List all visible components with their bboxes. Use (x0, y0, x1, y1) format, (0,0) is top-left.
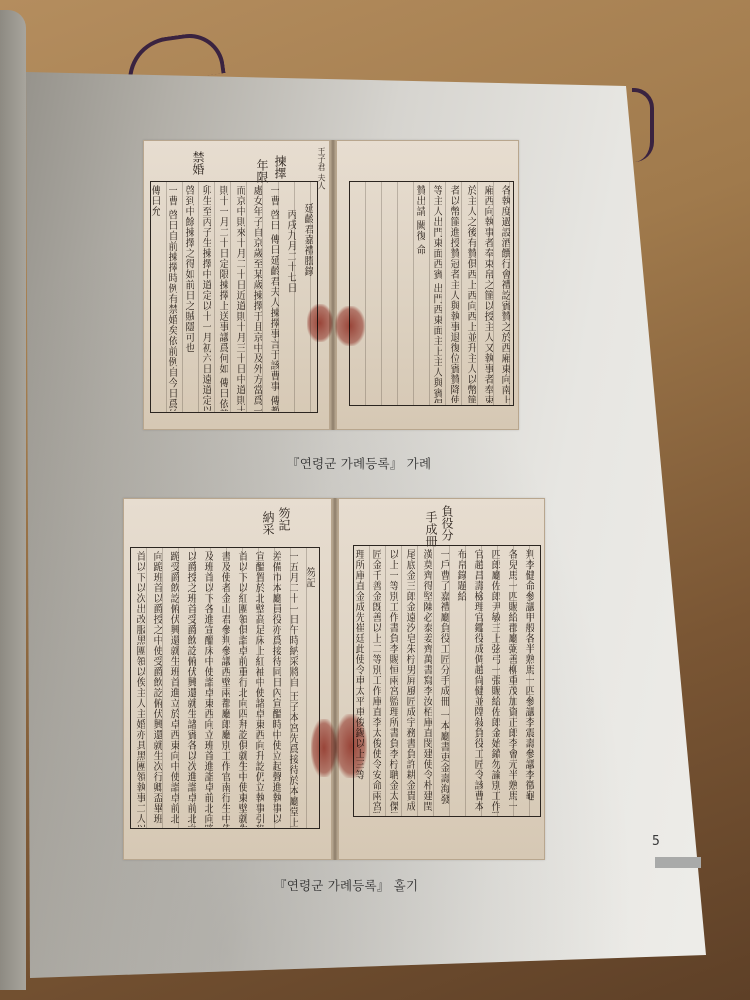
text-column: 一戶曹了嘉禮廳負役工匠分手成冊 一本廳書吏金壽海發 (434, 549, 449, 813)
text-columns: 笏記 一五月二十一日午時納采將自 王子本宮先爲接待於本廳堂上以下各 差備市本廳員… (130, 551, 315, 827)
text-column: 以上一等別工作書負李賜恒兩宮監理所書負李柠聃金太傑屛風 (383, 549, 398, 813)
text-column: 一五月二十一日午時納采將自 王子本宮先爲接待於本廳堂上以下各 (283, 551, 298, 827)
red-seal-right (335, 306, 365, 346)
page-marker-bar (655, 857, 701, 868)
manuscript-left-leaf: 笏記 納采 笏記 一五月二十一日午時納采將自 王子本宮先爲接待於本廳堂上以下各 … (123, 498, 332, 860)
text-column: 及班首以下各進宣醞床中使詣卓東西向立班首進詣卓前北向跪中使 (198, 551, 213, 827)
heading-sucheak: 手成冊 (424, 511, 438, 547)
text-column: 匠金千善金旣善以上二等別工作庫直李太俊使令安命兩宮監 (366, 549, 381, 813)
text-column: 處女年子自京歲至某歲揀擇于且京中及外方當爲一體知委 (247, 185, 262, 411)
heading-buyeok: 負役分 (440, 505, 454, 541)
text-column: 差備市本廳員役亦爲接待同日內宣醞時中使立起聲進執事以 (266, 551, 281, 827)
text-column: 各兒馬一匹賜給郡廳弼善柳重茂加資正郎李會元半熟馬一 (502, 549, 517, 813)
manuscript-right-leaf: 各執度過設酒饌行會禮訖賓贊之於西廂東向南上主人立於東 廂西向執事者奉束帛之篚以授… (336, 140, 519, 430)
red-seal-left (307, 304, 333, 342)
text-column: 首以下以紅團領俱詣卓前重行北向四拜訖俱就生中使東壁就生判 (232, 551, 247, 827)
text-column: 則十一月二十日定限揀擇上送事議爲何如 傳曰依啓自己 (213, 185, 228, 411)
text-column: 廂西向執事者奉束帛之篚以授主人又執事者奉束帛之篚立 (478, 185, 493, 403)
text-column: 於主人之後有贊俱西上西向西上並升主人以幣篚進西向授賓執事 (461, 185, 476, 403)
manuscript-left-leaf: 揀擇 年限 禁婚 王子君 夫人 延齡君嘉禮謄錄 丙戌九月二十七日 一曹 啓曰 傳… (143, 140, 330, 430)
caption-garye: 『연령군 가례등록』 가례 (287, 454, 431, 472)
text-column: 判李健命參議甲般各半熟馬一匹參議李震壽參議李徵龜 (519, 549, 534, 813)
text-column: 丙戌九月二十七日 (281, 185, 296, 435)
heading-yeonhan: 年限 (255, 159, 269, 183)
heading-holgi: 笏記 (277, 507, 291, 531)
text-column: 官趙昌壽檢理官鑑役成倜趙尙健並陞敍負役工匠令該曹本 (468, 549, 483, 813)
text-column: 各執度過設酒饌行會禮訖賓贊之於西廂東向南上主人立於東 (495, 185, 510, 403)
red-seal-left (311, 719, 337, 777)
text-column: 贊出請 闕復 命 (410, 185, 425, 403)
text-column: 等主人出門東面西賓 出門西東面主上主人與賓俱揖而退賓 (427, 185, 442, 403)
text-column: 匹郎廳佐郎尹敏三上弦弓一張賜給佐郎金始鐼勿論別工作監役 (485, 549, 500, 813)
text-column: 者以幣篚進授贊冠者主人與執事退復位賓贊降使者五交 (444, 185, 459, 403)
text-column: 書及使者金山君參判參議西壁兩都廳郎廳別工作官南行生中使 (215, 551, 230, 827)
text-column: 卯生至丙子生揀擇中道定以十一月初六日遠道定以十一月十五日爲 (196, 185, 211, 411)
red-seal-right (335, 714, 367, 778)
text-columns: 延齡君嘉禮謄錄 丙戌九月二十七日 一曹 啓曰 傳曰延齡君夫人揀擇事言于該曹事 傳… (145, 185, 313, 411)
text-column: 宣醞置於北壁高足床上紅袖中使諸卓東西向升訖仍立執事引班 (249, 551, 264, 827)
text-column: 傳曰允 (145, 185, 160, 411)
text-column: 布帛錄題給 (451, 549, 466, 813)
heading-napchae: 納采 (261, 511, 275, 535)
text-columns: 判李健命參議甲般各半熟馬一匹參議李震壽參議李徵龜 各兒馬一匹賜給郡廳弼善柳重茂加… (349, 549, 534, 813)
caption-holgi: 『연령군 가례등록』 홀기 (274, 876, 418, 894)
bookmark-ribbon-end (632, 88, 654, 162)
figure-garye: 揀擇 年限 禁婚 王子君 夫人 延齡君嘉禮謄錄 丙戌九月二十七日 一曹 啓曰 傳… (143, 140, 519, 430)
heading-geumhon: 禁婚 (191, 151, 205, 175)
figure-holgi: 笏記 納采 笏記 一五月二十一日午時納采將自 王子本宮先爲接待於本廳堂上以下各 … (123, 498, 545, 860)
text-columns: 各執度過設酒饌行會禮訖賓贊之於西廂東向南上主人立於東 廂西向執事者奉束帛之篚以授… (410, 185, 510, 403)
text-column: 首以下以次出改服黑團領以俟主人主婚亦具黑團領執事二人以黑團 (130, 551, 145, 827)
text-column: 一曹 啓曰自前揀擇時例有禁婚矣依前例自今日爲始禁婚何如 (162, 185, 177, 411)
text-column: 一曹 啓曰 傳曰延齡君夫人揀擇事言于該曹事 傳教矣 (264, 185, 279, 411)
manuscript-right-leaf: 負役分 手成冊 判李健命參議甲般各半熟馬一匹參議李震壽參議李徵龜 各兒馬一匹賜給… (338, 498, 545, 860)
text-column: 笏記 (300, 551, 315, 843)
page-number: 5 (652, 834, 660, 849)
photo-scene: 揀擇 年限 禁婚 王子君 夫人 延齡君嘉禮謄錄 丙戌九月二十七日 一曹 啓曰 傳… (0, 0, 750, 1000)
corner-note: 王子君 夫人 (317, 147, 326, 190)
heading-gantaek: 揀擇 (273, 155, 287, 179)
text-column: 以爵授之班首受爵飲訖俯伏興還就生諸賓各以次進詣卓前北向 (181, 551, 196, 827)
text-column: 尾底金三郎金遠汐皂朱柠男屛風匠成宇務書負許耕金貴成 (400, 549, 415, 813)
text-column: 啓到中餘揀擇之得如前日之賊隱可也 (179, 185, 194, 411)
text-column: 向跪班首以爵授之中使受爵飲訖俯伏興還就生次行卿盃畢班 (147, 551, 162, 827)
text-column: 漢莫齊得堅陳必泰姜齊萬書寫李汝栢庫直閔建使令朴建閏 (417, 549, 432, 813)
text-column: 跪受爵飲訖俯伏興還就生班首進立於卓西東向中使詣卓前北 (164, 551, 179, 827)
previous-page-edge (0, 10, 26, 990)
text-column: 而京中則來十月二十日近道則十月三十日中道則十一月初十日遠道 (230, 185, 245, 411)
